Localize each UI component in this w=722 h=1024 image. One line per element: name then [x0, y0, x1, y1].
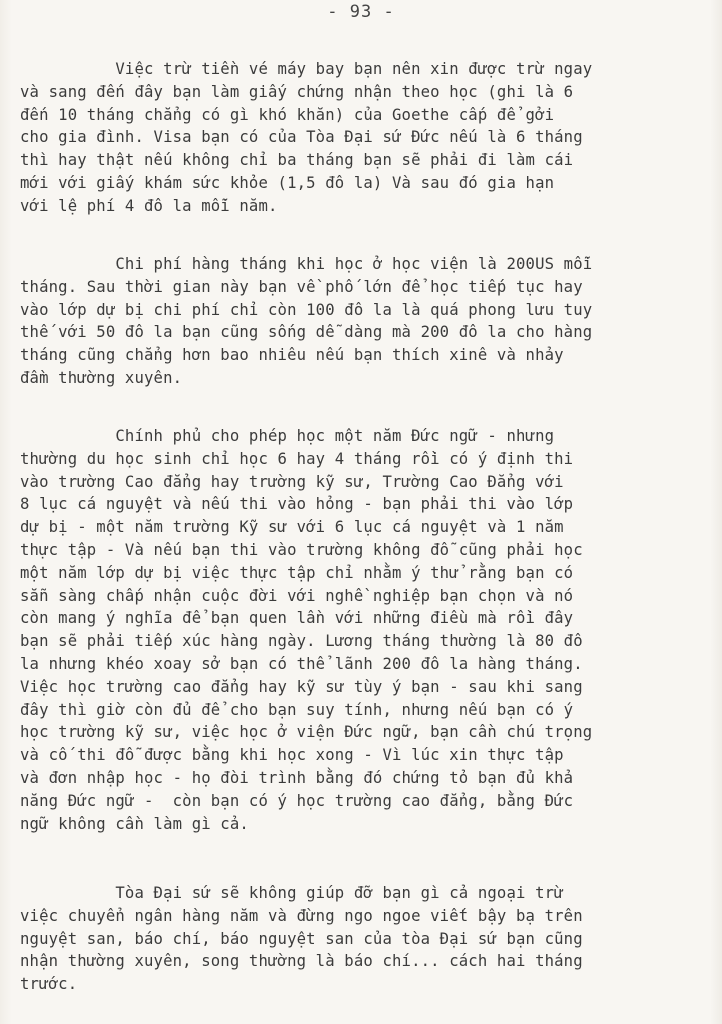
document-page: - 93 - Việc trừ tiền vé máy bay bạn nên …: [0, 0, 722, 1024]
text-line: bạn sẽ phải tiếp xúc hàng ngày. Lương th…: [20, 630, 710, 653]
paragraph-embassy: Tòa Đại sứ sẽ không giúp đỡ bạn gì cả ng…: [20, 882, 710, 996]
text-line: dự bị - một năm trường Kỹ sư với 6 lục c…: [20, 516, 710, 539]
text-line: đến 10 tháng chẳng có gì khó khăn) của G…: [20, 104, 710, 127]
text-line: vào trường Cao đẳng hay trường kỹ sư, Tr…: [20, 471, 710, 494]
text-line: Chi phí hàng tháng khi học ở học viện là…: [20, 253, 710, 276]
text-line: việc chuyển ngân hàng năm và đừng ngo ng…: [20, 905, 710, 928]
text-line: còn mang ý nghĩa để bạn quen lần với nhữ…: [20, 607, 710, 630]
text-line: một năm lớp dự bị việc thực tập chỉ nhằm…: [20, 562, 710, 585]
text-line: sẵn sàng chấp nhận cuộc đời với nghề ngh…: [20, 585, 710, 608]
text-line: Việc trừ tiền vé máy bay bạn nên xin đượ…: [20, 58, 710, 81]
text-line: ngữ không cần làm gì cả.: [20, 813, 710, 836]
text-line: Tòa Đại sứ sẽ không giúp đỡ bạn gì cả ng…: [20, 882, 710, 905]
text-line: 8 lục cá nguyệt và nếu thi vào hỏng - bạ…: [20, 493, 710, 516]
text-line: và đơn nhập học - họ đòi trình bằng đó c…: [20, 767, 710, 790]
text-line: vào lớp dự bị chi phí chỉ còn 100 đô la …: [20, 299, 710, 322]
text-line: năng Đức ngữ - còn bạn có ý học trường c…: [20, 790, 710, 813]
text-line: thì hay thật nếu không chỉ ba tháng bạn …: [20, 149, 710, 172]
text-line: với lệ phí 4 đô la mỗi năm.: [20, 195, 710, 218]
paragraph-visa: Việc trừ tiền vé máy bay bạn nên xin đượ…: [20, 58, 710, 218]
paragraph-language-study: Chính phủ cho phép học một năm Đức ngữ -…: [20, 425, 710, 835]
text-line: tháng cũng chẳng hơn bao nhiêu nếu bạn t…: [20, 344, 710, 367]
text-line: nguyệt san, báo chí, báo nguyệt san của …: [20, 928, 710, 951]
text-line: trước.: [20, 973, 710, 996]
text-line: thực tập - Và nếu bạn thi vào trường khô…: [20, 539, 710, 562]
text-line: mới với giấy khám sức khỏe (1,5 đô la) V…: [20, 172, 710, 195]
paragraph-monthly-costs: Chi phí hàng tháng khi học ở học viện là…: [20, 253, 710, 390]
text-line: la nhưng khéo xoay sở bạn có thể lãnh 20…: [20, 653, 710, 676]
text-line: thường du học sinh chỉ học 6 hay 4 tháng…: [20, 448, 710, 471]
text-line: học trường kỹ sư, việc học ở viện Đức ng…: [20, 721, 710, 744]
text-line: cho gia đình. Visa bạn có của Tòa Đại sứ…: [20, 126, 710, 149]
text-line: và sang đến đây bạn làm giấy chứng nhận …: [20, 81, 710, 104]
text-line: Chính phủ cho phép học một năm Đức ngữ -…: [20, 425, 710, 448]
text-line: Việc học trường cao đẳng hay kỹ sư tùy ý…: [20, 676, 710, 699]
page-number: - 93 -: [0, 2, 722, 22]
text-line: nhận thường xuyên, song thường là báo ch…: [20, 950, 710, 973]
text-line: thế với 50 đô la bạn cũng sống dễ dàng m…: [20, 321, 710, 344]
text-line: và cố thi đỗ được bằng khi học xong - Vì…: [20, 744, 710, 767]
text-line: đầm thường xuyên.: [20, 367, 710, 390]
text-line: đây thì giờ còn đủ để cho bạn suy tính, …: [20, 699, 710, 722]
text-line: tháng. Sau thời gian này bạn về phố lớn …: [20, 276, 710, 299]
